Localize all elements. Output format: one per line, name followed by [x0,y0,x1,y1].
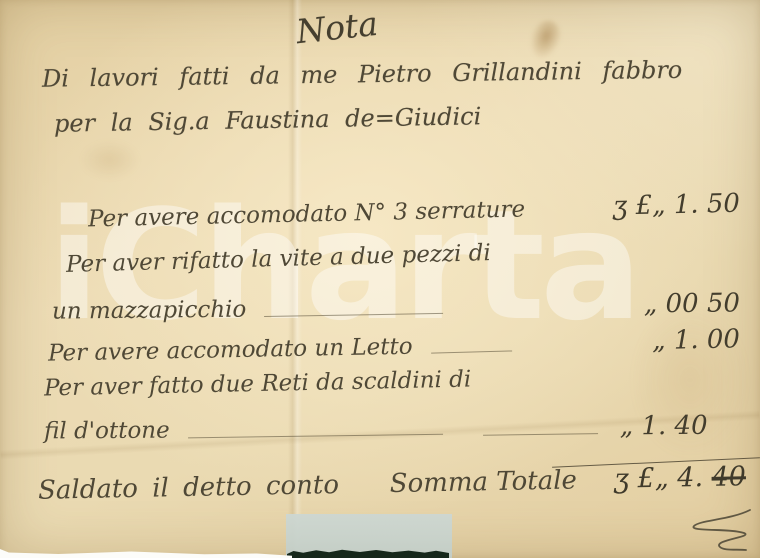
total-amount-struck: 40 [711,461,746,493]
fill-dash-line [483,433,598,436]
paper: iCharta Nota Di lavori fatti da me Pietr… [0,0,760,558]
document-scan: iCharta Nota Di lavori fatti da me Pietr… [0,0,760,558]
fill-dash-line [431,350,512,353]
spacer [339,492,376,493]
item-text: Per avere accomodato N° 3 serrature [88,196,526,232]
total-amount-prefix: ʒ £„ 4. [613,462,711,495]
item-text: un mazzapicchio [52,297,247,325]
item-text: Per avere accomodato un Letto [48,334,413,367]
item-amount: „ 00 50 [644,288,740,319]
spacer [571,349,652,351]
faint-stain [80,140,140,180]
item-amount: „ 1. 40 [620,411,708,442]
item-text: Per aver rifatto la vite a due pezzi di [66,240,491,278]
page-title: Nota [260,0,413,54]
header-line-2: per la Sig.a Faustina de=Giudici [54,102,482,137]
pen-flourish [686,506,756,554]
spacer [465,312,644,314]
total-amount: ʒ £„ 4. 40 [613,461,746,495]
item-text: fil d'ottone [44,418,170,445]
spacer [525,214,613,216]
invoice-item-2-line-2: un mazzapicchio „ 00 50 [52,288,740,325]
spacer [577,488,614,489]
invoice-item-4-line-2: fil d'ottone „ 1. 40 [44,411,740,446]
header-line-1: Di lavori fatti da me Pietro Grillandini… [42,55,720,92]
footer-row: Saldato il detto conto Somma Totale ʒ £„… [38,461,746,506]
item-amount: „ 1. 00 [652,324,740,356]
item-amount: ʒ £„ 1. 50 [612,189,740,222]
total-label: Somma Totale [389,465,577,499]
fill-dash-line [188,434,443,439]
invoice-item-1: Per avere accomodato N° 3 serrature ʒ £„… [88,189,741,234]
invoice-item-3: Per avere accomodato un Letto „ 1. 00 [48,324,740,367]
invoice-item-4-line-1: Per aver fatto due Reti da scaldini di [44,367,472,402]
saldato-note: Saldato il detto conto [38,470,339,506]
invoice-item-2-line-1: Per aver rifatto la vite a due pezzi di [66,240,491,278]
item-text: Per aver fatto due Reti da scaldini di [44,367,472,402]
fill-dash-line [264,313,443,317]
